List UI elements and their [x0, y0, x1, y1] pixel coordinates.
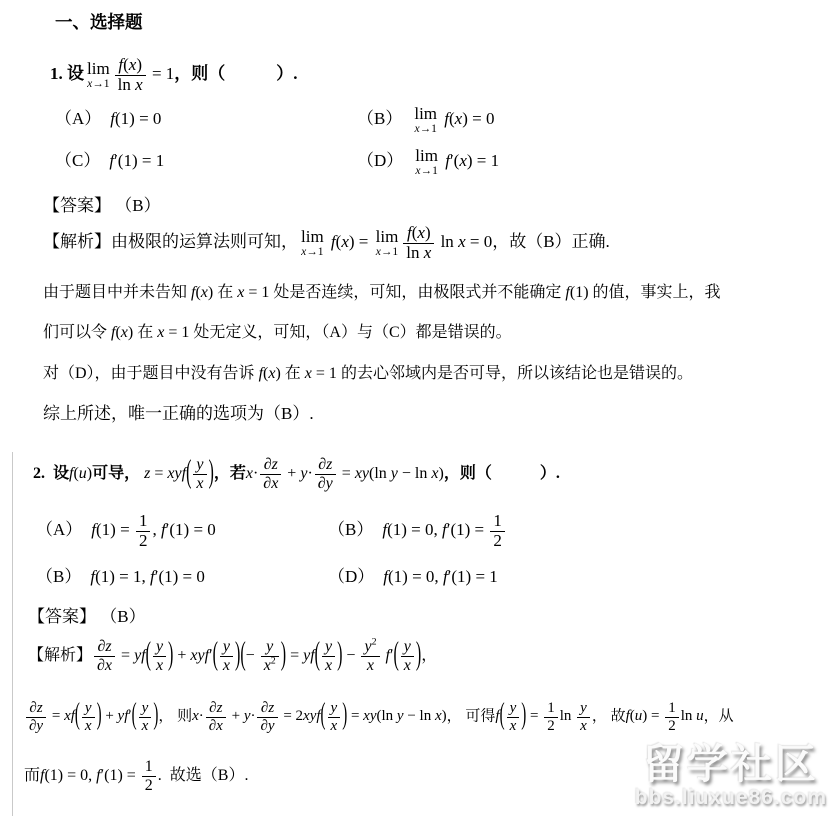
question-1-option-b: （B）limx→1 f(x) = 0 — [357, 104, 494, 135]
question-2-option-b: （B）f(1) = 0, f′(1) = 12 — [328, 512, 507, 550]
question-2-answer: 【答案】 （B） — [28, 606, 146, 627]
question-1-analysis-line-1: 【解析】由极限的运算法则可知，limx→1 f(x) = limx→1f(x)l… — [43, 224, 610, 262]
question-2-analysis-line-1: 【解析】∂z∂x = yf(yx) + xyf′(yx)(− yx2) = yf… — [28, 638, 437, 674]
question-1-analysis-line-4: 对（D），由于题目中没有告诉 f(x) 在 x = 1 的去心邻域内是否可导，所… — [43, 364, 693, 384]
watermark: 留学社区 bbs.liuxue86.com — [635, 744, 827, 808]
question-2-option-a: （A）f(1) = 12, f′(1) = 0 — [36, 512, 328, 550]
question-1-stem: 1. 设limx→1f(x)ln x = 1，则（ ）. — [50, 56, 298, 94]
question-1-analysis-line-3: 们可以令 f(x) 在 x = 1 处无定义，可知，（A）与（C）都是错误的。 — [43, 323, 512, 343]
question-2-option-d: （D）f(1) = 0, f′(1) = 1 — [328, 562, 498, 587]
question-1-analysis-line-5: 综上所述，唯一正确的选项为（B）. — [43, 403, 314, 424]
question-1-options-row-2: （C）f′(1) = 1 （D）limx→1 f′(x) = 1 — [55, 146, 499, 177]
question-2-stem: 2. 设f(u)可导， z = xyf(yx)，若x·∂z∂x + y·∂z∂y… — [33, 456, 560, 492]
question-1-analysis-line-2: 由于题目中并未告知 f(x) 在 x = 1 处是否连续，可知，由极限式并不能确… — [43, 283, 721, 303]
question-2-analysis-line-3: 而f(1) = 0, f′(1) = 12. 故选（B）. — [24, 758, 248, 794]
question-1-option-d: （D）limx→1 f′(x) = 1 — [357, 146, 499, 177]
question-1-options-row-1: （A）f(1) = 0 （B）limx→1 f(x) = 0 — [55, 104, 494, 135]
section-title: 一、选择题 — [55, 12, 143, 34]
document-page: 一、选择题 1. 设limx→1f(x)ln x = 1，则（ ）. （A）f(… — [0, 0, 831, 816]
question-2-options-row-1: （A）f(1) = 12, f′(1) = 0 （B）f(1) = 0, f′(… — [36, 512, 507, 550]
watermark-subtitle: bbs.liuxue86.com — [635, 787, 827, 808]
question-1-option-a: （A）f(1) = 0 — [55, 104, 357, 135]
question-2-options-row-2: （B）f(1) = 1, f′(1) = 0 （D）f(1) = 0, f′(1… — [36, 562, 498, 587]
question-1-option-c: （C）f′(1) = 1 — [55, 146, 357, 177]
question-1-answer: 【答案】 （B） — [43, 195, 161, 216]
watermark-title: 留学社区 — [635, 744, 827, 785]
question-2-analysis-line-2: ∂z∂y = xf(yx) + yf′(yx)， 则x·∂z∂x + y·∂z∂… — [24, 700, 734, 734]
question-2-option-b2: （B）f(1) = 1, f′(1) = 0 — [36, 562, 328, 587]
table-border-line — [12, 452, 13, 816]
